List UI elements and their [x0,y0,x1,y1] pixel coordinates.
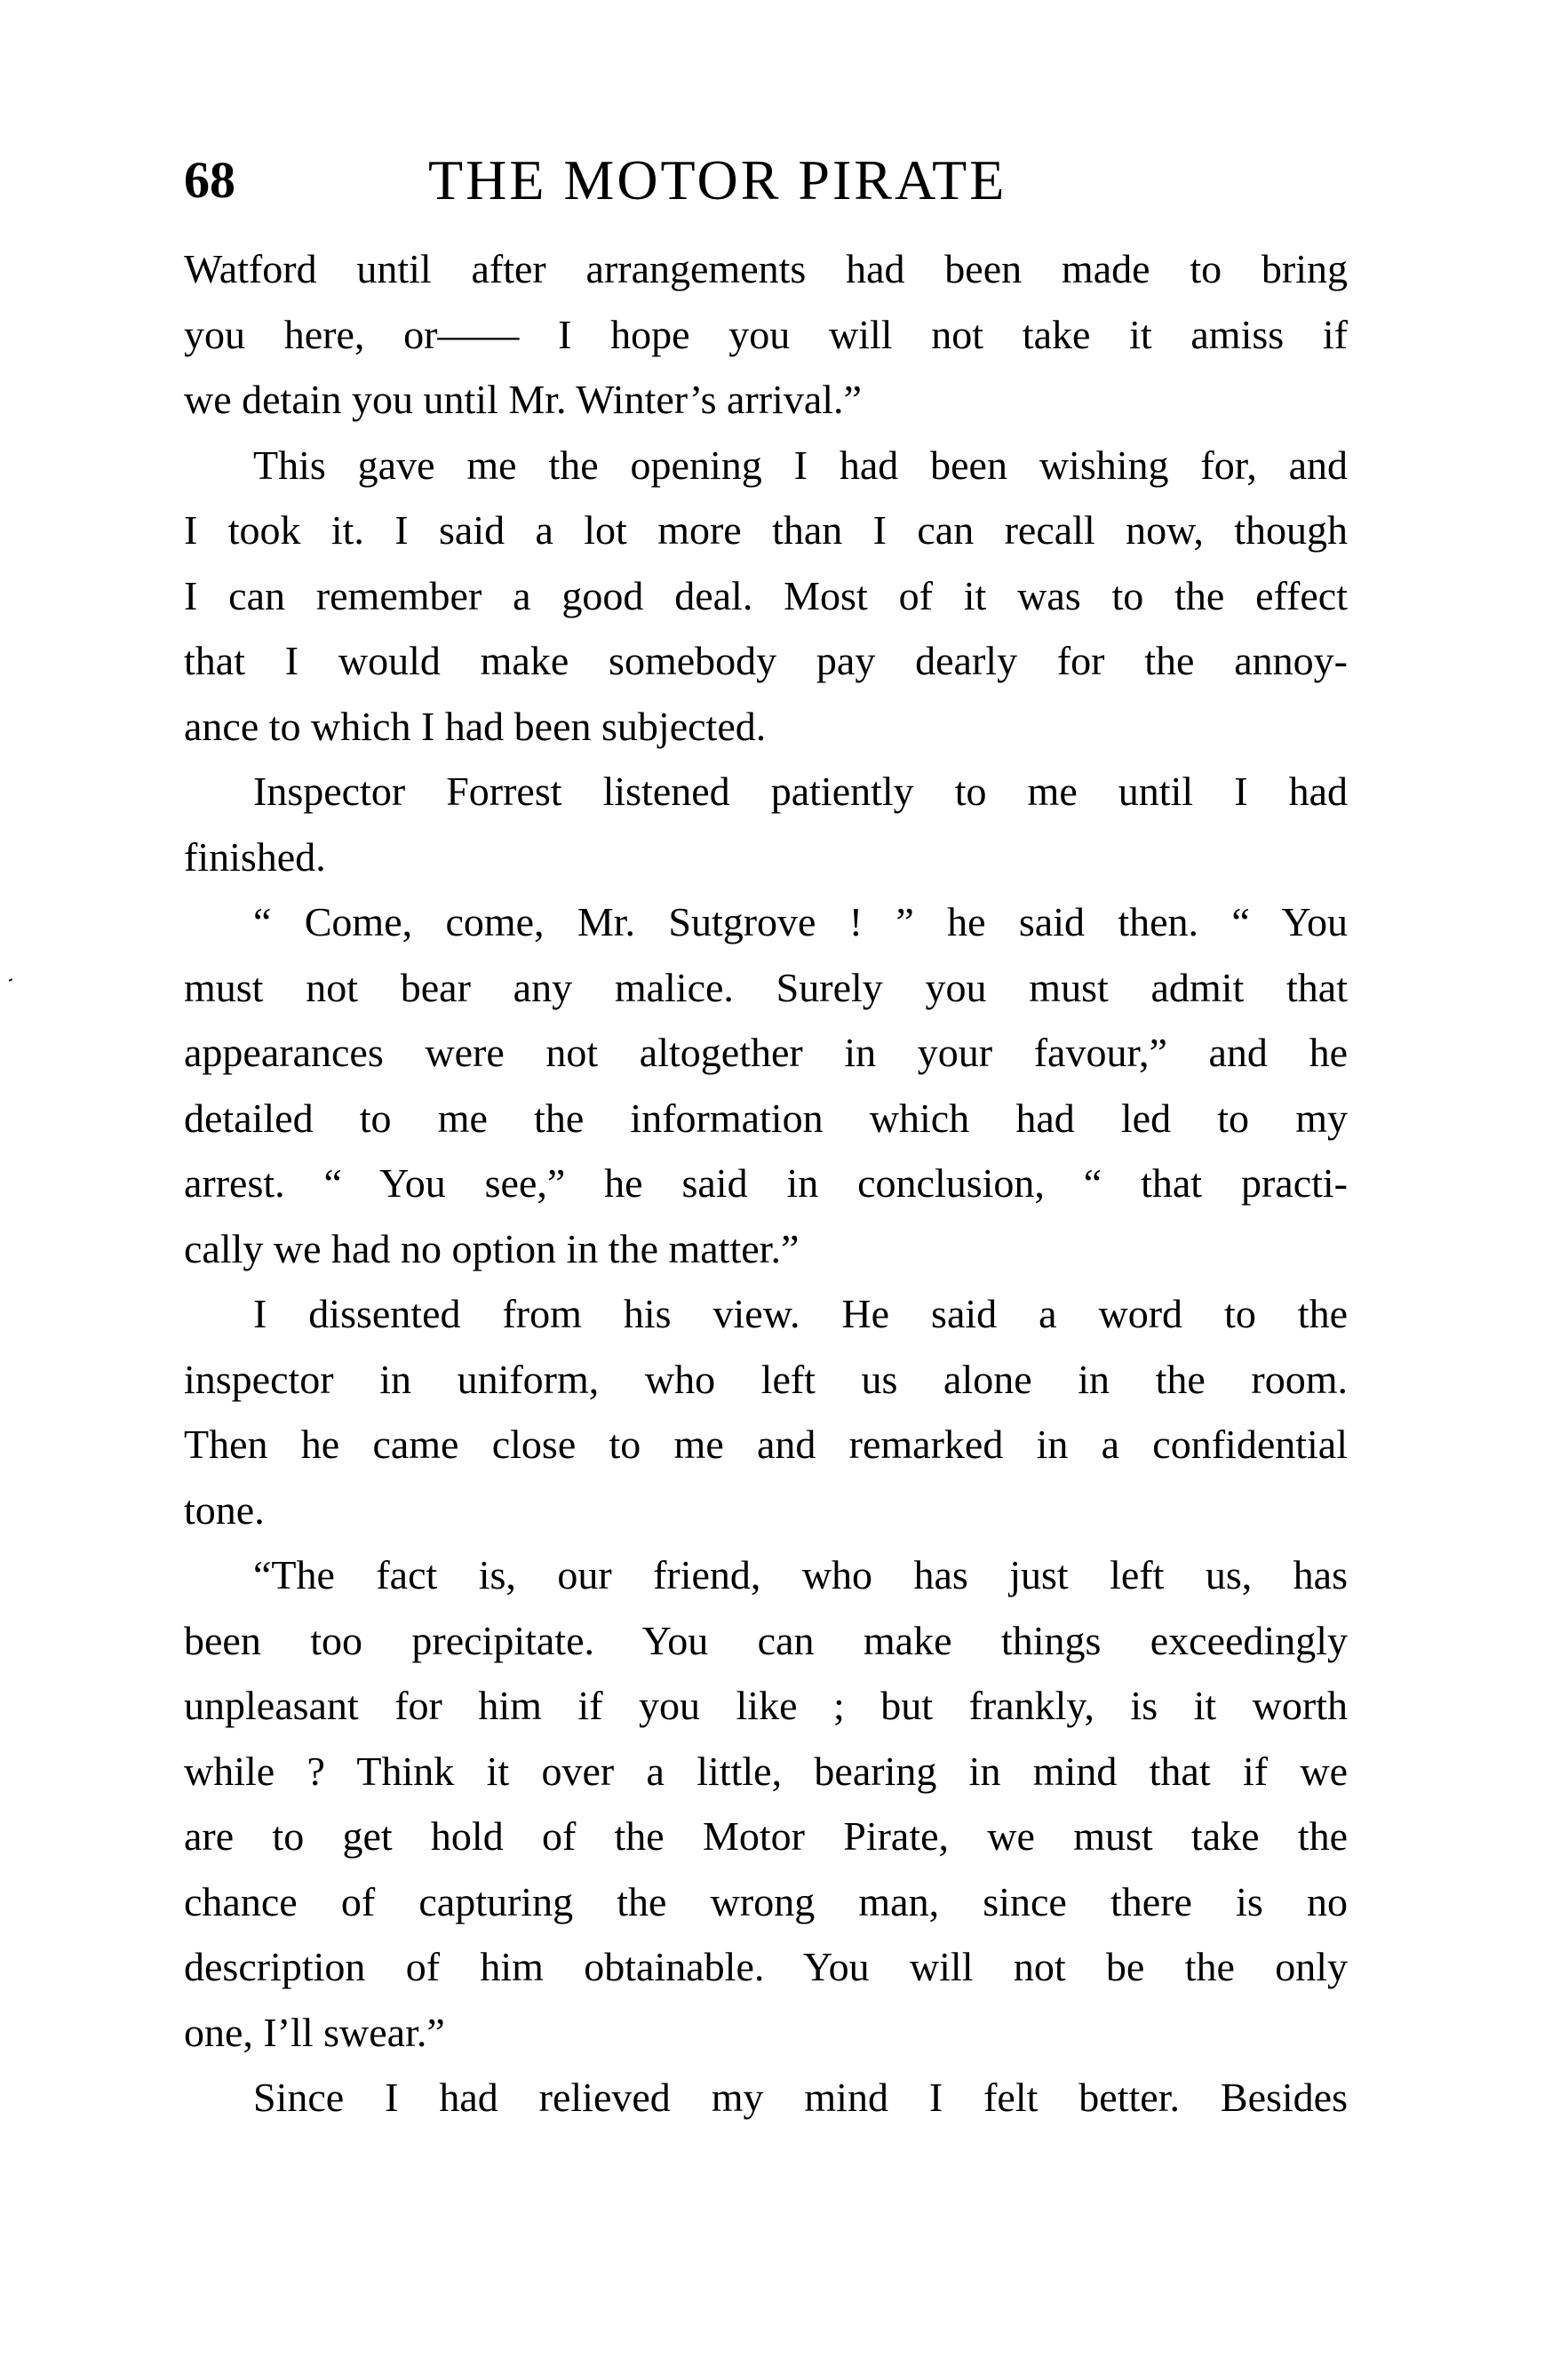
text-line: Inspector Forrest listened patiently to … [184,759,1348,825]
paragraph: Inspector Forrest listened patiently to … [184,759,1348,889]
text-line: are to get hold of the Motor Pirate, we … [184,1804,1348,1869]
paragraph: “The fact is, our friend, who has just l… [184,1542,1348,2065]
text-line: tone. [184,1478,1348,1543]
text-line: inspector in uniform, who left us alone … [184,1347,1348,1413]
text-line: finished. [184,825,1348,890]
text-line: detailed to me the information which had… [184,1086,1348,1151]
text-line: arrest. “ You see,” he said in conclusio… [184,1151,1348,1216]
text-line: one, I’ll swear.” [184,2000,1348,2066]
text-line: I can remember a good deal. Most of it w… [184,563,1348,629]
text-line: appearances were not altogether in your … [184,1020,1348,1086]
text-line: Since I had relieved my mind I felt bett… [184,2065,1348,2131]
paragraph: Watford until after arrangements had bee… [184,236,1348,433]
running-head: 68 THE MOTOR PIRATE [184,149,1348,211]
text-line: “The fact is, our friend, who has just l… [184,1542,1348,1608]
text-line: cally we had no option in the matter.” [184,1216,1348,1282]
text-line: ance to which I had been subjected. [184,694,1348,760]
text-line: been too precipitate. You can make thing… [184,1608,1348,1674]
text-line: you here, or—— I hope you will not take … [184,302,1348,368]
text-line: I took it. I said a lot more than I can … [184,498,1348,563]
paragraph: This gave me the opening I had been wish… [184,433,1348,760]
running-title: THE MOTOR PIRATE [428,149,1007,211]
paragraph: I dissented from his view. He said a wor… [184,1281,1348,1542]
page-number: 68 [184,149,235,211]
text-line: “ Come, come, Mr. Sutgrove ! ” he said t… [184,889,1348,955]
scan-speck [9,978,12,982]
text-line: description of him obtainable. You will … [184,1934,1348,2000]
paragraph: Since I had relieved my mind I felt bett… [184,2065,1348,2131]
text-line: we detain you until Mr. Winter’s arrival… [184,367,1348,433]
text-line: Then he came close to me and remarked in… [184,1412,1348,1478]
text-line: must not bear any malice. Surely you mus… [184,955,1348,1021]
paragraph: “ Come, come, Mr. Sutgrove ! ” he said t… [184,889,1348,1281]
body-text: Watford until after arrangements had bee… [184,236,1348,2131]
text-line: while ? Think it over a little, bearing … [184,1739,1348,1804]
text-line: that I would make somebody pay dearly fo… [184,628,1348,694]
text-line: chance of capturing the wrong man, since… [184,1869,1348,1935]
text-line: Watford until after arrangements had bee… [184,236,1348,302]
text-line: unpleasant for him if you like ; but fra… [184,1673,1348,1739]
book-page: 68 THE MOTOR PIRATE Watford until after … [184,149,1348,2131]
text-line: This gave me the opening I had been wish… [184,433,1348,498]
text-line: I dissented from his view. He said a wor… [184,1281,1348,1347]
